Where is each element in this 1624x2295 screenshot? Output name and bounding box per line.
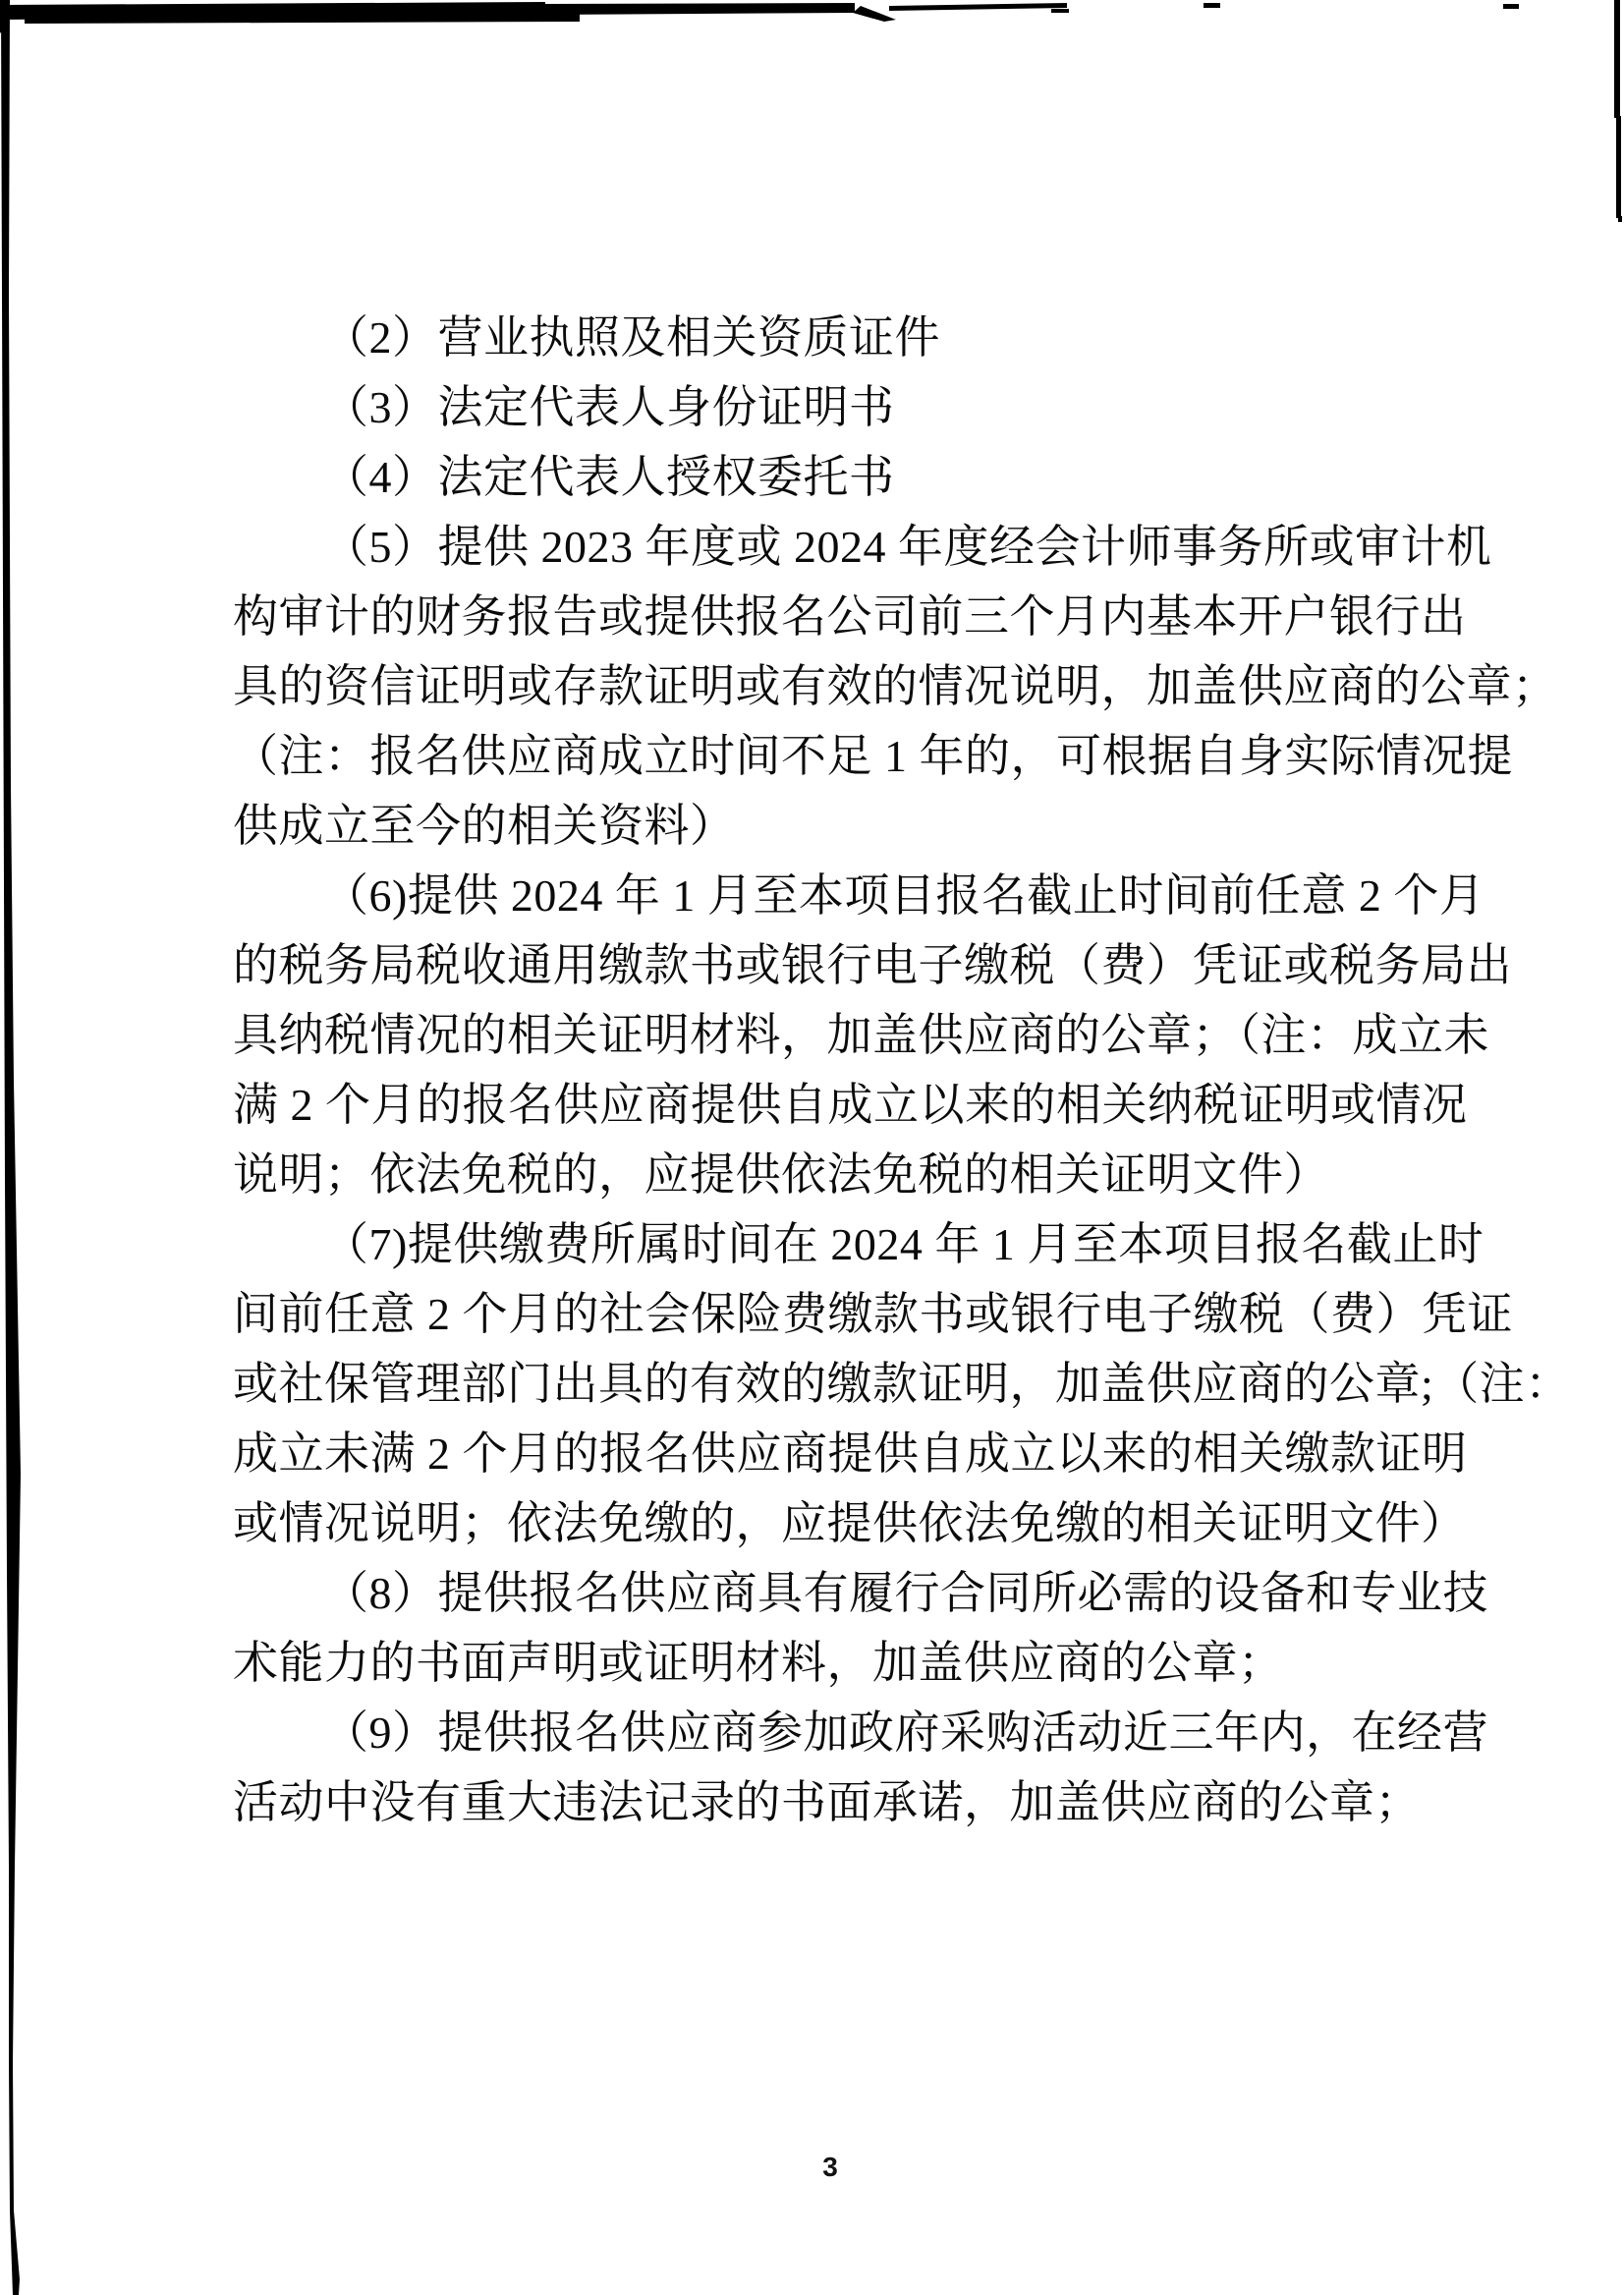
text-line: （7)提供缴费所属时间在 2024 年 1 月至本项目报名截止时 [233, 1209, 1467, 1279]
text-line: （注：报名供应商成立时间不足 1 年的，可根据自身实际情况提 [233, 721, 1467, 791]
scan-artifact-top-edge [0, 2, 1519, 24]
text-line: （9）提供报名供应商参加政府采购活动近三年内，在经营 [233, 1698, 1467, 1767]
text-line: 说明；依法免税的，应提供依法免税的相关证明文件） [233, 1140, 1467, 1209]
document-body: （2）营业执照及相关资质证件（3）法定代表人身份证明书（4）法定代表人授权委托书… [233, 303, 1467, 1837]
text-line: 或社保管理部门出具的有效的缴款证明，加盖供应商的公章;（注： [233, 1349, 1467, 1419]
text-line: （8）提供报名供应商具有履行合同所必需的设备和专业技 [233, 1558, 1467, 1628]
scan-artifact-right-edge [1614, 0, 1622, 222]
scan-artifact-left-edge [0, 0, 21, 2295]
text-line: （6)提供 2024 年 1 月至本项目报名截止时间前任意 2 个月 [233, 861, 1467, 930]
text-line: 活动中没有重大违法记录的书面承诺，加盖供应商的公章； [233, 1767, 1467, 1837]
text-line: 构审计的财务报告或提供报名公司前三个月内基本开户银行出 [233, 582, 1467, 651]
text-line: 术能力的书面声明或证明材料，加盖供应商的公章； [233, 1628, 1467, 1698]
text-line: 的税务局税收通用缴款书或银行电子缴税（费）凭证或税务局出 [233, 930, 1467, 1000]
text-line: 供成立至今的相关资料） [233, 791, 1467, 861]
text-line: 具纳税情况的相关证明材料，加盖供应商的公章；（注：成立未 [233, 1000, 1467, 1070]
scanned-document-page: { "page": { "number": "3" }, "document":… [0, 0, 1624, 2295]
text-line: （4）法定代表人授权委托书 [233, 442, 1467, 512]
text-line: （2）营业执照及相关资质证件 [233, 303, 1467, 372]
text-line: （3）法定代表人身份证明书 [233, 372, 1467, 442]
text-line: 满 2 个月的报名供应商提供自成立以来的相关纳税证明或情况 [233, 1070, 1467, 1140]
text-line: 间前任意 2 个月的社会保险费缴款书或银行电子缴税（费）凭证 [233, 1279, 1467, 1349]
text-line: 或情况说明；依法免缴的，应提供依法免缴的相关证明文件） [233, 1488, 1467, 1558]
text-line: 具的资信证明或存款证明或有效的情况说明，加盖供应商的公章； [233, 651, 1467, 721]
page-number: 3 [0, 2152, 1624, 2183]
text-line: （5）提供 2023 年度或 2024 年度经会计师事务所或审计机 [233, 512, 1467, 582]
text-line: 成立未满 2 个月的报名供应商提供自成立以来的相关缴款证明 [233, 1419, 1467, 1488]
